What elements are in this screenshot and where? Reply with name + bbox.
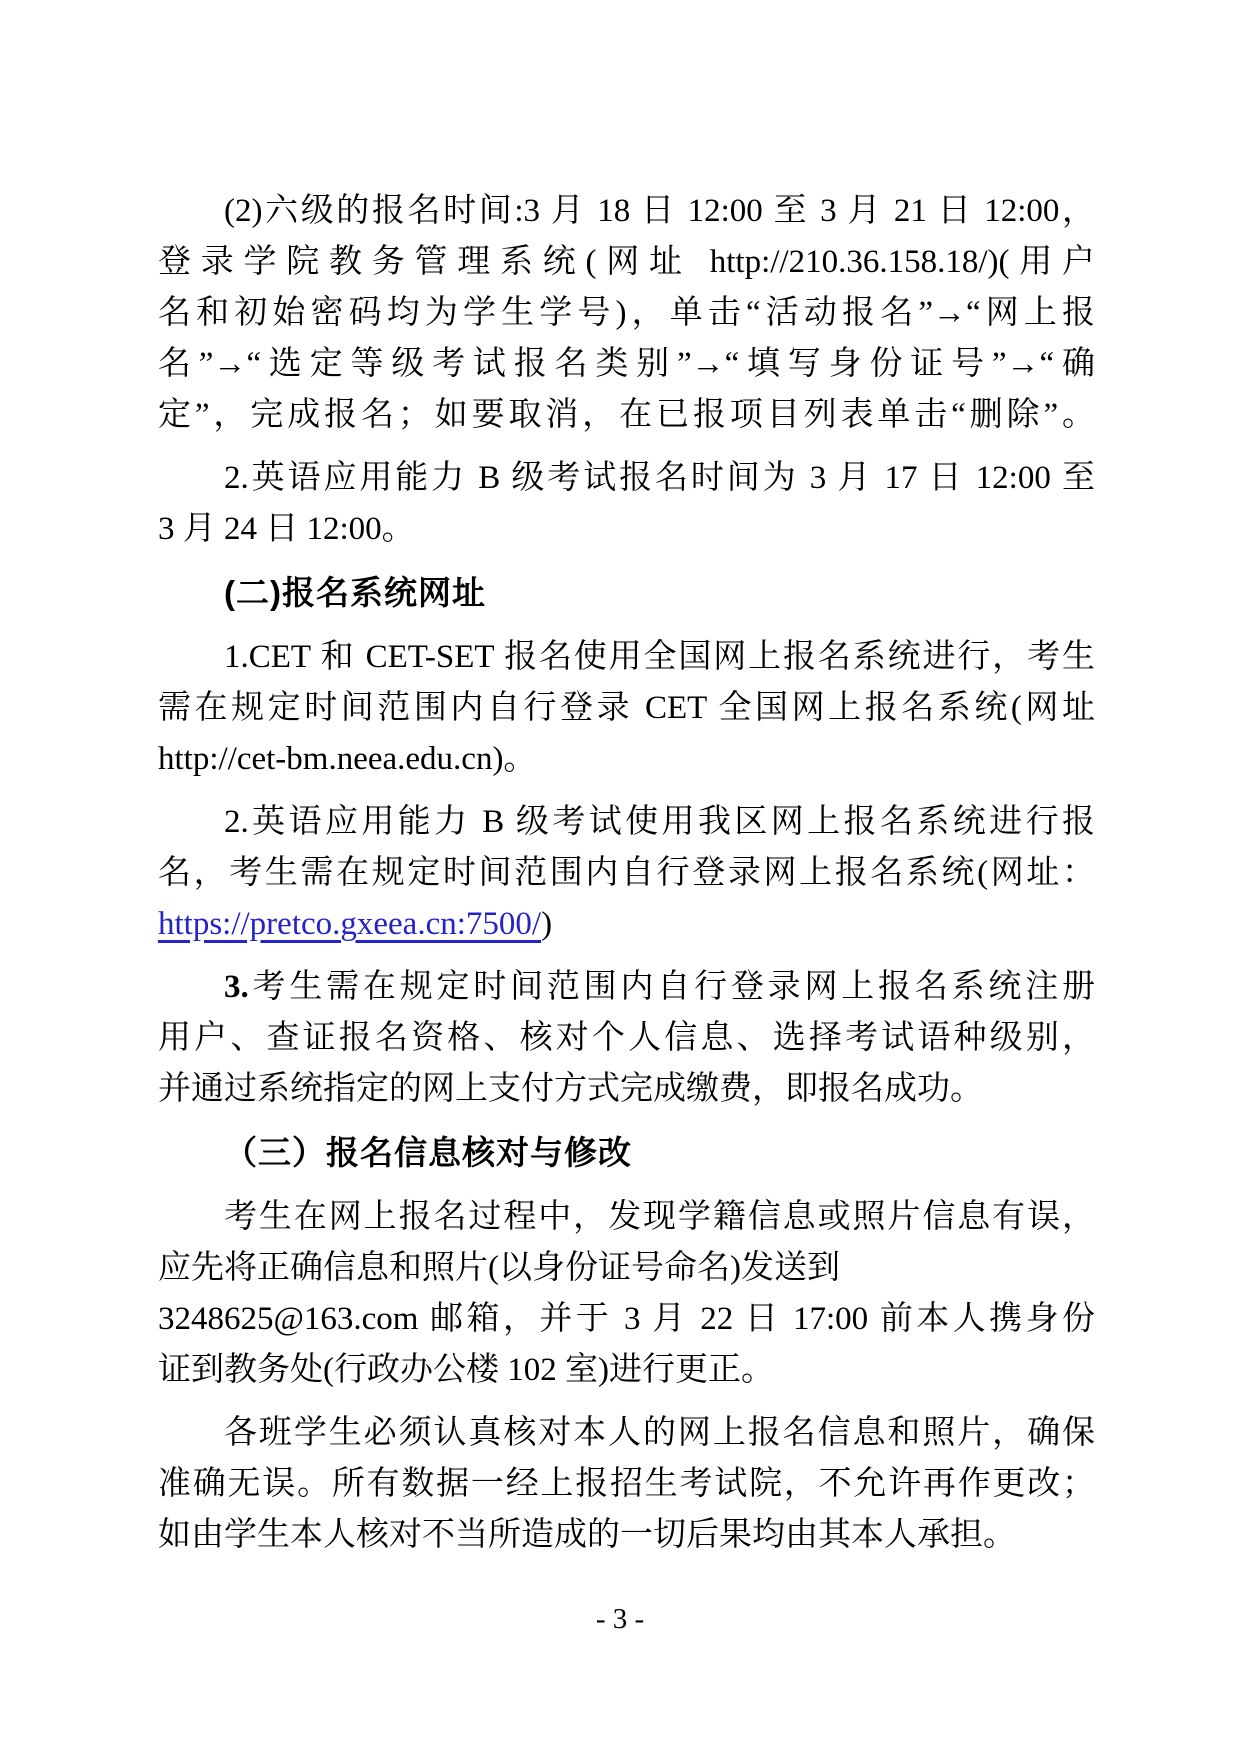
text-run: 名和初始密码均为学生学号)，单击“活动报名”→“网上报 [158, 295, 1095, 331]
text-run: 如由学生本人核对不当所造成的一切后果均由其本人承担。 [158, 1517, 1016, 1553]
bold-text-run: （三）报名信息核对与修改 [224, 1134, 632, 1171]
text-run: 应先将正确信息和照片(以身份证号命名)发送到 [158, 1250, 840, 1286]
paragraph: 2.英语应用能力 B 级考试使用我区网上报名系统进行报名，考生需在规定时间范围内… [158, 797, 1095, 950]
text-run: 需在规定时间范围内自行登录 CET 全国网上报名系统(网址 [158, 690, 1095, 726]
text-run: http://cet-bm.neea.edu.cn)。 [158, 741, 536, 777]
text-line: 3248625@163.com 邮箱，并于 3 月 22 日 17:00 前本人… [158, 1294, 1095, 1345]
text-line: 2.英语应用能力 B 级考试报名时间为 3 月 17 日 12:00 至 [158, 453, 1095, 504]
paragraph: 考生在网上报名过程中，发现学籍信息或照片信息有误，应先将正确信息和照片(以身份证… [158, 1192, 1095, 1396]
text-line: 3.考生需在规定时间范围内自行登录网上报名系统注册 [158, 962, 1095, 1013]
text-run: 3248625@163.com 邮箱，并于 3 月 22 日 17:00 前本人… [158, 1301, 1095, 1337]
text-line: 1.CET 和 CET-SET 报名使用全国网上报名系统进行，考生 [158, 632, 1095, 683]
section-heading: （三）报名信息核对与修改 [158, 1127, 1095, 1180]
text-line: 登录学院教务管理系统(网址 http://210.36.158.18/)(用户 [158, 237, 1095, 288]
registration-url-link[interactable]: https://pretco.gxeea.cn:7500/ [158, 906, 541, 942]
text-line: 如由学生本人核对不当所造成的一切后果均由其本人承担。 [158, 1510, 1095, 1561]
text-line: 各班学生必须认真核对本人的网上报名信息和照片，确保 [158, 1408, 1095, 1459]
text-line: 用户、查证报名资格、核对个人信息、选择考试语种级别， [158, 1013, 1095, 1064]
paragraph: 2.英语应用能力 B 级考试报名时间为 3 月 17 日 12:00 至3 月 … [158, 453, 1095, 555]
text-line: 名，考生需在规定时间范围内自行登录网上报名系统(网址： [158, 848, 1095, 899]
document-body: (2)六级的报名时间:3 月 18 日 12:00 至 3 月 21 日 12:… [0, 0, 1240, 1561]
text-run: 名”→“选定等级考试报名类别”→“填写身份证号”→“确 [158, 346, 1095, 382]
text-run: ) [541, 906, 552, 942]
text-run: 考生在网上报名过程中，发现学籍信息或照片信息有误， [224, 1199, 1095, 1235]
text-line: 2.英语应用能力 B 级考试使用我区网上报名系统进行报 [158, 797, 1095, 848]
text-run: 3 月 24 日 12:00。 [158, 511, 415, 547]
text-line: 需在规定时间范围内自行登录 CET 全国网上报名系统(网址 [158, 683, 1095, 734]
text-line: https://pretco.gxeea.cn:7500/) [158, 899, 1095, 950]
text-run: 用户、查证报名资格、核对个人信息、选择考试语种级别， [158, 1020, 1095, 1056]
paragraph: (2)六级的报名时间:3 月 18 日 12:00 至 3 月 21 日 12:… [158, 186, 1095, 441]
text-run: 证到教务处(行政办公楼 102 室)进行更正。 [158, 1352, 774, 1388]
bold-text-run: (二)报名系统网址 [224, 574, 486, 611]
page-number: - 3 - [0, 1599, 1240, 1639]
text-run: 1.CET 和 CET-SET 报名使用全国网上报名系统进行，考生 [224, 639, 1095, 675]
text-line: （三）报名信息核对与修改 [158, 1127, 1095, 1180]
text-line: (2)六级的报名时间:3 月 18 日 12:00 至 3 月 21 日 12:… [158, 186, 1095, 237]
text-line: 3 月 24 日 12:00。 [158, 504, 1095, 555]
text-line: 应先将正确信息和照片(以身份证号命名)发送到 [158, 1243, 1095, 1294]
text-line: (二)报名系统网址 [158, 567, 1095, 620]
text-run: 2.英语应用能力 B 级考试报名时间为 3 月 17 日 12:00 至 [224, 460, 1095, 496]
text-line: 名”→“选定等级考试报名类别”→“填写身份证号”→“确 [158, 339, 1095, 390]
text-run: 登录学院教务管理系统(网址 http://210.36.158.18/)(用户 [158, 244, 1095, 280]
paragraph: 3.考生需在规定时间范围内自行登录网上报名系统注册用户、查证报名资格、核对个人信… [158, 962, 1095, 1115]
text-run: 考生需在规定时间范围内自行登录网上报名系统注册 [249, 969, 1095, 1005]
text-line: 考生在网上报名过程中，发现学籍信息或照片信息有误， [158, 1192, 1095, 1243]
paragraph: 1.CET 和 CET-SET 报名使用全国网上报名系统进行，考生需在规定时间范… [158, 632, 1095, 785]
text-run: 并通过系统指定的网上支付方式完成缴费，即报名成功。 [158, 1071, 983, 1107]
text-line: 并通过系统指定的网上支付方式完成缴费，即报名成功。 [158, 1064, 1095, 1115]
text-line: 定”，完成报名；如要取消，在已报项目列表单击“删除”。 [158, 390, 1095, 441]
text-run: 各班学生必须认真核对本人的网上报名信息和照片，确保 [224, 1415, 1095, 1451]
text-line: http://cet-bm.neea.edu.cn)。 [158, 734, 1095, 785]
text-run: 名，考生需在规定时间范围内自行登录网上报名系统(网址： [158, 855, 1095, 891]
text-line: 准确无误。所有数据一经上报招生考试院，不允许再作更改； [158, 1459, 1095, 1510]
text-run: 准确无误。所有数据一经上报招生考试院，不允许再作更改； [158, 1466, 1095, 1502]
bold-text-run: 3. [224, 969, 249, 1005]
text-run: 定”，完成报名；如要取消，在已报项目列表单击“删除”。 [158, 397, 1095, 433]
paragraph: 各班学生必须认真核对本人的网上报名信息和照片，确保准确无误。所有数据一经上报招生… [158, 1408, 1095, 1561]
text-line: 名和初始密码均为学生学号)，单击“活动报名”→“网上报 [158, 288, 1095, 339]
text-run: 2.英语应用能力 B 级考试使用我区网上报名系统进行报 [224, 804, 1095, 840]
section-heading: (二)报名系统网址 [158, 567, 1095, 620]
text-run: (2)六级的报名时间:3 月 18 日 12:00 至 3 月 21 日 12:… [224, 193, 1095, 229]
document-page: (2)六级的报名时间:3 月 18 日 12:00 至 3 月 21 日 12:… [0, 0, 1240, 1753]
text-line: 证到教务处(行政办公楼 102 室)进行更正。 [158, 1345, 1095, 1396]
